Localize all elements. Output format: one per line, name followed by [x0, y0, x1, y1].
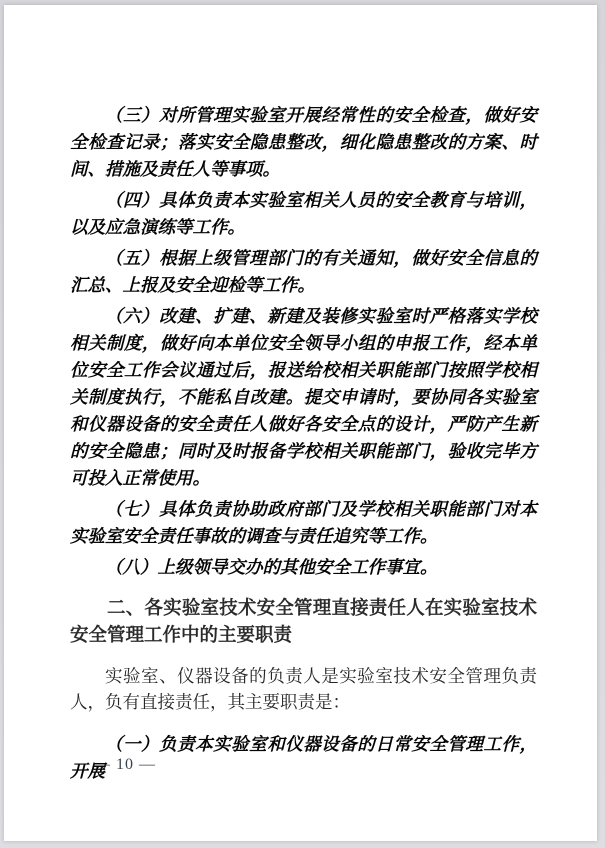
scan-frame: （三）对所管理实验室开展经常性的安全检查，做好安全检查记录；落实安全隐患整改，细…: [0, 0, 605, 848]
intro-paragraph: 实验室、仪器设备的负责人是实验室技术安全管理负责人，负有直接责任，其主要职责是：: [70, 664, 537, 716]
clause-paragraph-6: （六）改建、扩建、新建及装修实验室时严格落实学校相关制度，做好向本单位安全领导小…: [70, 304, 537, 493]
document-page: （三）对所管理实验室开展经常性的安全检查，做好安全检查记录；落实安全隐患整改，细…: [4, 5, 597, 841]
clause-paragraph-3: （三）对所管理实验室开展经常性的安全检查，做好安全检查记录；落实安全隐患整改，细…: [70, 103, 537, 184]
section-heading: 二、各实验室技术安全管理直接责任人在实验室技术安全管理工作中的主要职责: [70, 595, 537, 649]
clause-paragraph-5: （五）根据上级管理部门的有关通知，做好安全信息的汇总、上报及安全迎检等工作。: [70, 246, 537, 300]
page-number-footer: — 10 —: [94, 755, 156, 775]
page-content: （三）对所管理实验室开展经常性的安全检查，做好安全检查记录；落实安全隐患整改，细…: [70, 103, 537, 786]
clause-paragraph-7: （七）具体负责协助政府部门及学校相关职能部门对本实验室安全责任事故的调查与责任追…: [70, 497, 537, 551]
clause-paragraph-8: （八）上级领导交办的其他安全工作事宜。: [70, 555, 537, 582]
clause-paragraph-4: （四）具体负责本实验室相关人员的安全教育与培训，以及应急演练等工作。: [70, 188, 537, 242]
